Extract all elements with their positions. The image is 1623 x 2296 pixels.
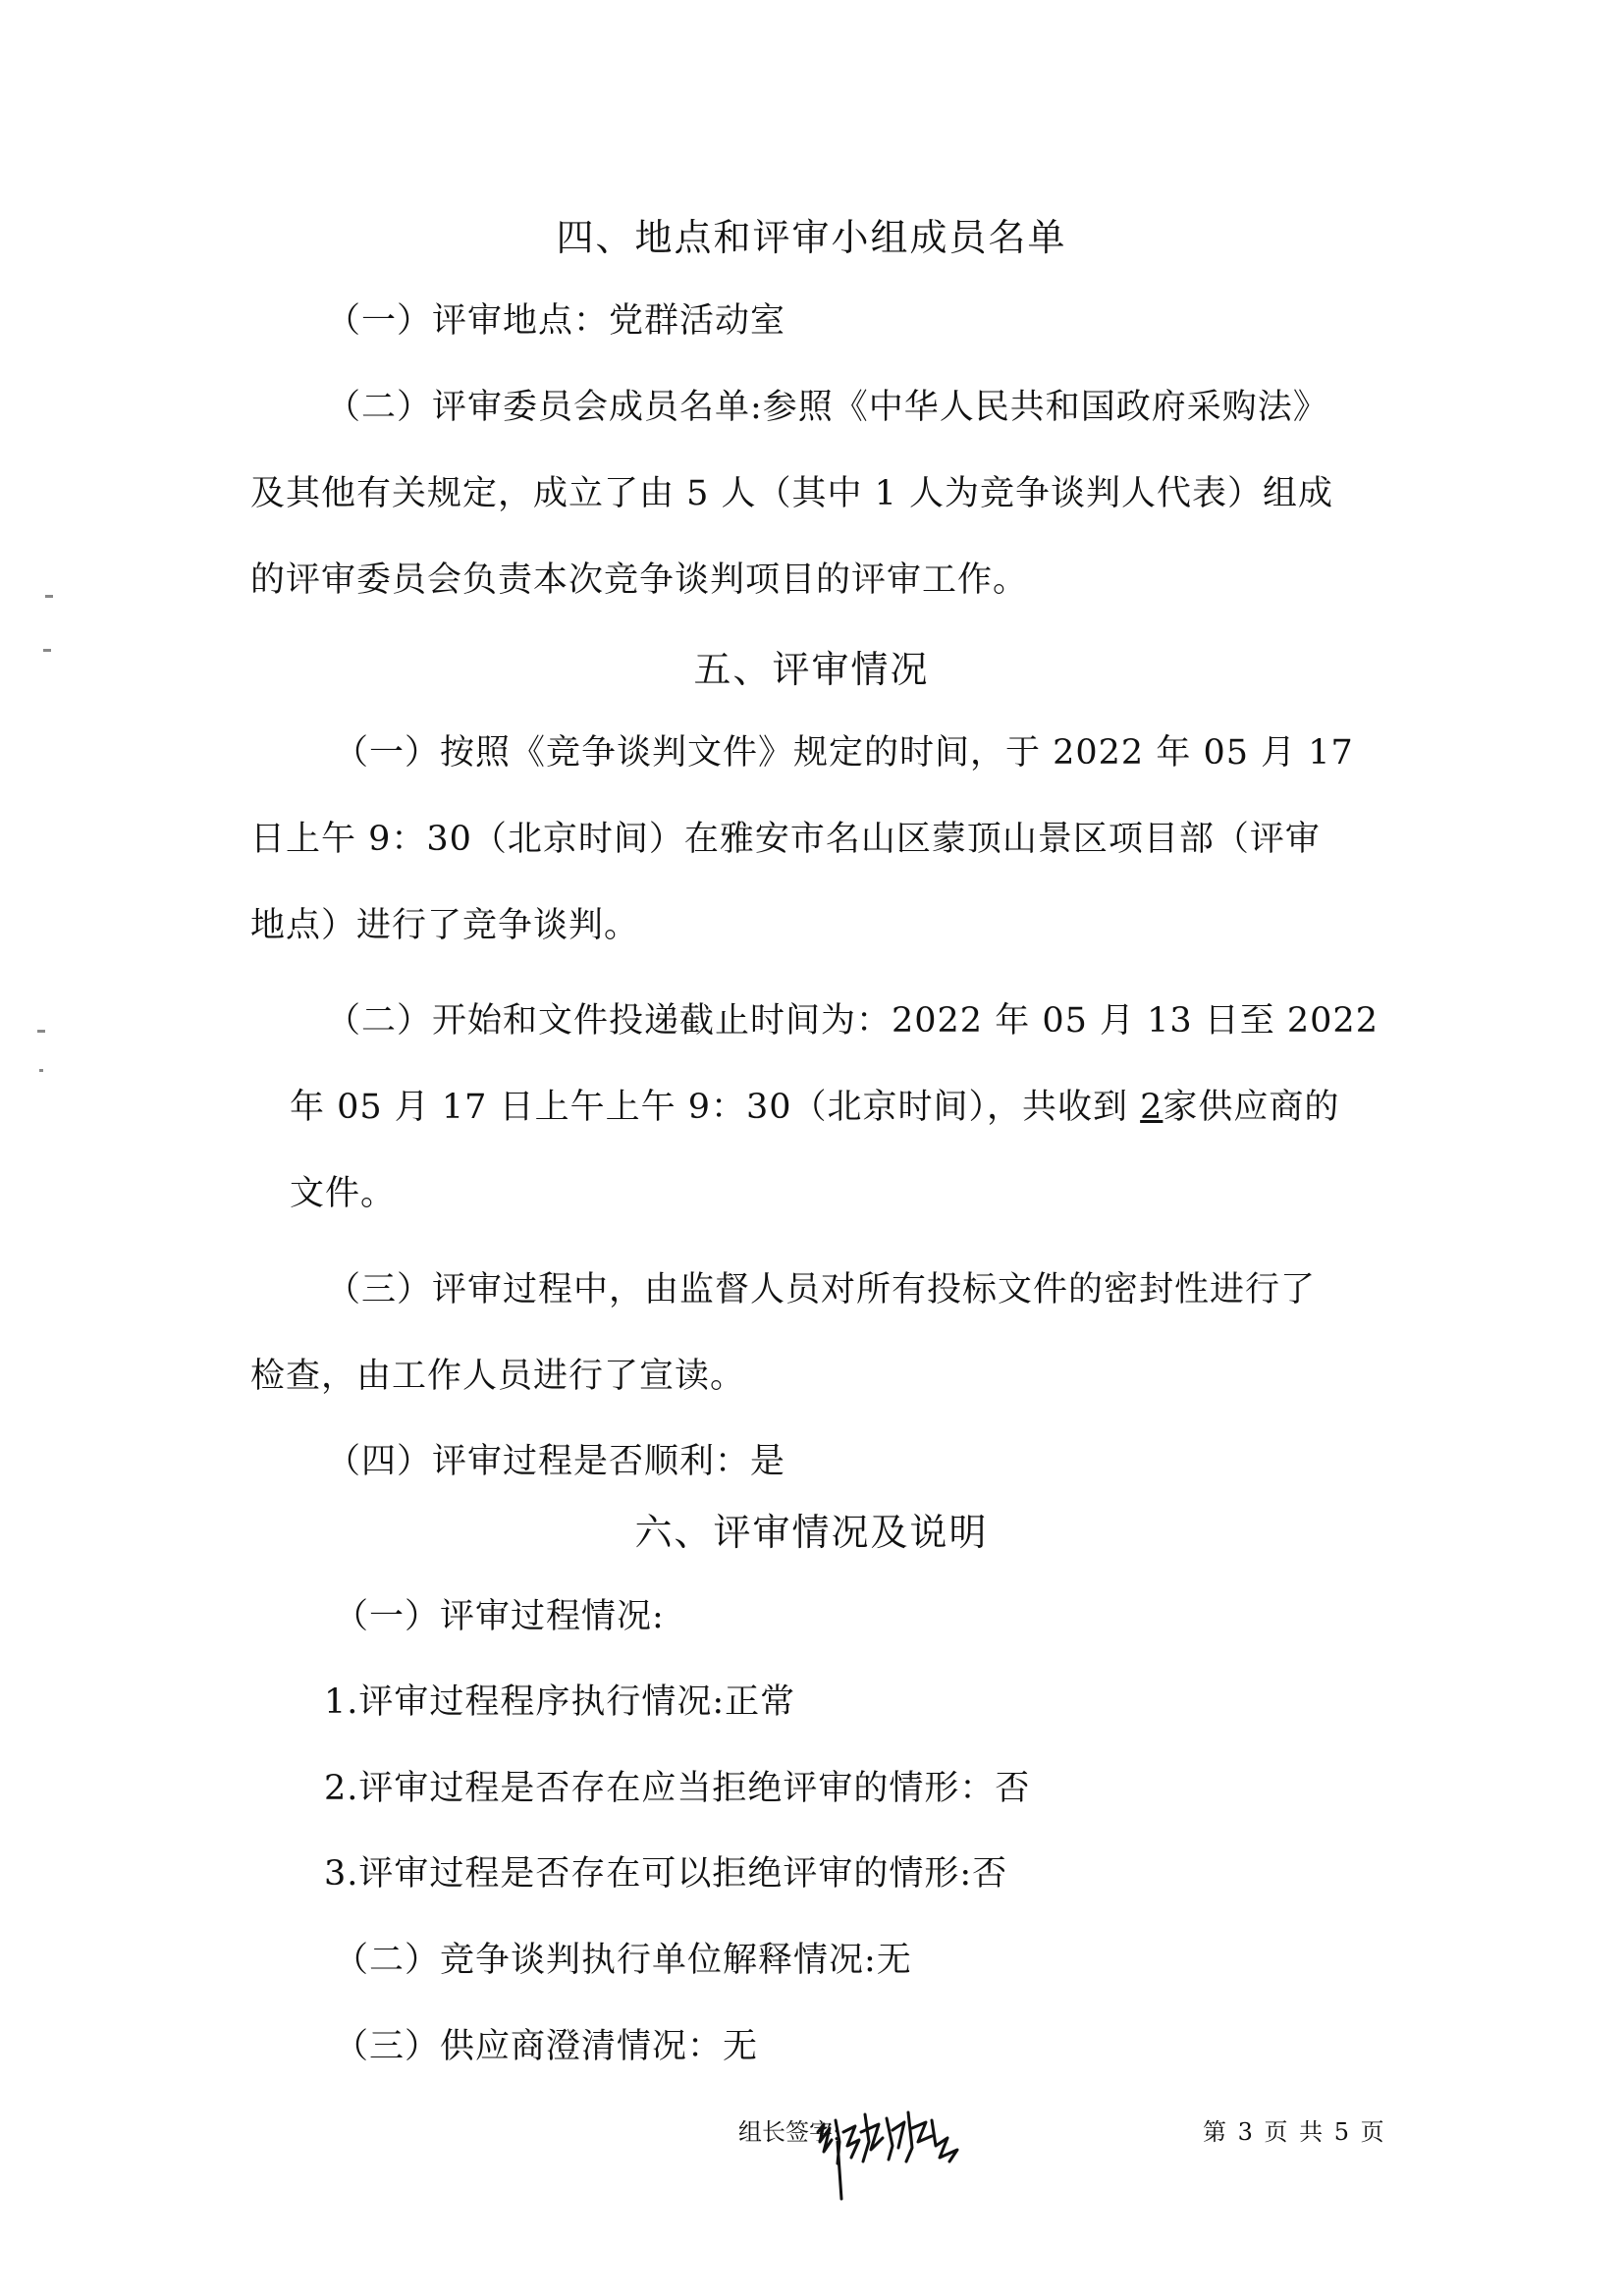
paragraph-review-process: （一）评审过程情况:	[334, 1595, 665, 1638]
paragraph-committee-line-3: 的评审委员会负责本次竞争谈判项目的评审工作。	[250, 559, 1028, 602]
scan-speck	[45, 595, 53, 598]
list-item-3: 3.评审过程是否存在可以拒绝评审的情形:否	[324, 1852, 1007, 1896]
paragraph-explanation: （二）竞争谈判执行单位解释情况:无	[334, 1939, 912, 1982]
paragraph-submission-line-2: 年 05 月 17 日上午上午 9：30（北京时间），共收到 2家供应商的	[290, 1086, 1339, 1129]
list-item-1: 1.评审过程程序执行情况:正常	[324, 1681, 795, 1724]
paragraph-negotiation-time-line-1: （一）按照《竞争谈判文件》规定的时间，于 2022 年 05 月 17	[334, 731, 1354, 774]
paragraph-clarification: （三）供应商澄清情况：无	[334, 2025, 758, 2068]
scan-speck	[39, 1069, 43, 1072]
page-number: 第 3 页 共 5 页	[1203, 2117, 1384, 2147]
paragraph-submission-line-3: 文件。	[290, 1172, 396, 1215]
list-item-2: 2.评审过程是否存在应当拒绝评审的情形：否	[324, 1767, 1030, 1810]
paragraph-review-location: （一）评审地点：党群活动室	[326, 299, 785, 343]
section-heading-5: 五、评审情况	[0, 646, 1623, 693]
paragraph-committee-line-1: （二）评审委员会成员名单:参照《中华人民共和国政府采购法》	[326, 386, 1328, 429]
paragraph-negotiation-time-line-2: 日上午 9：30（北京时间）在雅安市名山区蒙顶山景区项目部（评审	[250, 818, 1321, 861]
paragraph-inspection-line-2: 检查，由工作人员进行了宣读。	[250, 1355, 745, 1398]
supplier-count: 2	[1140, 1088, 1163, 1127]
paragraph-inspection-line-1: （三）评审过程中，由监督人员对所有投标文件的密封性进行了	[326, 1268, 1316, 1311]
submission-text-a: 年 05 月 17 日上午上午 9：30（北京时间），共收到	[290, 1088, 1140, 1127]
submission-text-b: 家供应商的	[1163, 1088, 1339, 1127]
section-heading-6: 六、评审情况及说明	[0, 1509, 1623, 1556]
document-page: 四、地点和评审小组成员名单 （一）评审地点：党群活动室 （二）评审委员会成员名单…	[0, 0, 1623, 2296]
handwritten-signature	[810, 2103, 1026, 2201]
scan-speck	[37, 1030, 45, 1033]
section-heading-4: 四、地点和评审小组成员名单	[0, 214, 1623, 261]
scan-speck	[43, 649, 51, 652]
paragraph-smooth-process: （四）评审过程是否顺利：是	[326, 1440, 785, 1483]
paragraph-committee-line-2: 及其他有关规定，成立了由 5 人（其中 1 人为竞争谈判人代表）组成	[250, 472, 1333, 515]
paragraph-negotiation-time-line-3: 地点）进行了竞争谈判。	[250, 904, 639, 947]
paragraph-submission-line-1: （二）开始和文件投递截止时间为：2022 年 05 月 13 日至 2022	[326, 999, 1379, 1042]
